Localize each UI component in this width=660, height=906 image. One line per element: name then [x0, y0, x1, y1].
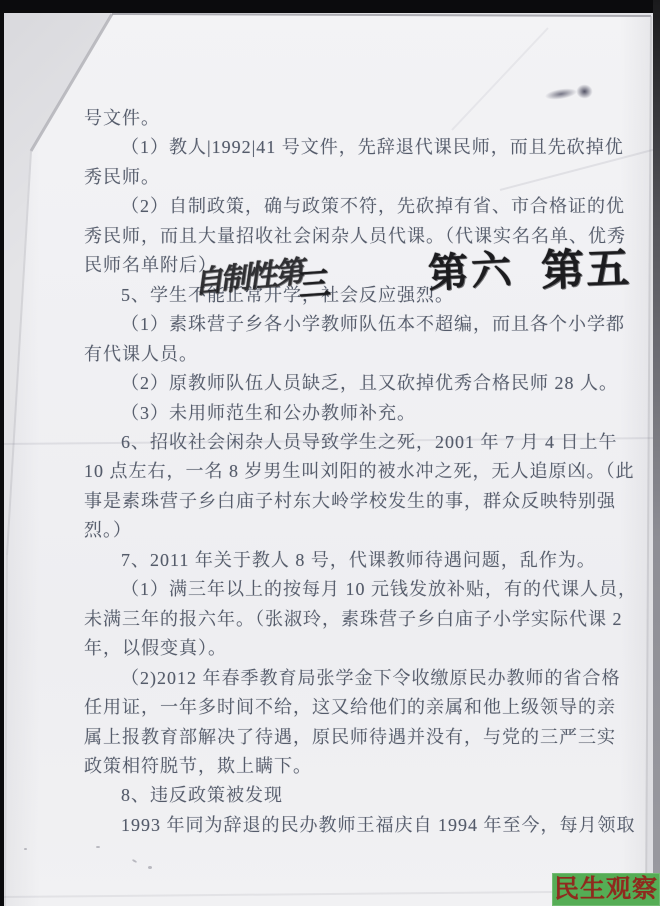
- text-line: 民师名单附后）: [84, 251, 606, 280]
- scanned-document: 号文件。（1）教人|1992|41 号文件，先辞退代课民师，而且先砍掉优秀民师。…: [0, 0, 660, 906]
- scan-border-top: [0, 0, 660, 13]
- text-line: 政策相符脱节，欺上瞒下。: [84, 752, 606, 781]
- text-line: （2）自制政策，确与政策不符，先砍掉有省、市合格证的优: [84, 192, 606, 221]
- smudge-blob: [544, 87, 577, 102]
- text-line: 烈。）: [84, 516, 606, 545]
- pencil-dot: [24, 848, 27, 850]
- text-line: 有代课人员。: [84, 340, 606, 369]
- text-line: 属上报教育部解决了待遇，原民师待遇并没有，与党的三严三实: [84, 723, 606, 752]
- handwritten-annotation-three: 三: [296, 258, 331, 306]
- text-line: （2）原教师队伍人员缺乏，且又砍掉优秀合格民师 28 人。: [84, 369, 606, 398]
- ink-smudge-stamp: [545, 83, 599, 103]
- text-line: 7、2011 年关于教人 8 号，代课教师待遇问题，乱作为。: [84, 546, 606, 575]
- scan-border-right: [653, 0, 660, 906]
- text-line: 秀民师。: [84, 163, 606, 192]
- document-text: 号文件。（1）教人|1992|41 号文件，先辞退代课民师，而且先砍掉优秀民师。…: [84, 104, 606, 840]
- pencil-dot: [148, 866, 152, 869]
- handwritten-annotation-five: 第五: [540, 234, 632, 298]
- text-line: （3）未用师范生和公办教师补充。: [84, 399, 606, 428]
- text-line: 任用证，一年多时间不给，这又给他们的亲属和他上级领导的亲: [84, 693, 606, 722]
- text-line: 8、违反政策被发现: [84, 781, 606, 810]
- text-line: 5、学生不能正常开学，社会反应强烈。: [84, 281, 606, 310]
- text-line: 秀民师，而且大量招收社会闲杂人员代课。（代课实名名单、优秀: [84, 222, 606, 251]
- text-line: （1）教人|1992|41 号文件，先辞退代课民师，而且先砍掉优: [84, 133, 606, 162]
- watermark-badge: 民生观察: [552, 873, 660, 906]
- pencil-dot: [132, 859, 137, 863]
- text-line: 1993 年同为辞退的民办教师王福庆自 1994 年至今，每月领取: [84, 811, 606, 840]
- text-line: （2)2012 年春季教育局张学金下令收缴原民办教师的省合格: [84, 664, 606, 693]
- text-line: 6、招收社会闲杂人员导致学生之死，2001 年 7 月 4 日上午: [84, 428, 606, 457]
- smudge-blob: [576, 84, 593, 99]
- text-line: 未满三年的报六年。（张淑玲，素珠营子乡白庙子小学实际代课 2: [84, 605, 606, 634]
- scan-border-left: [0, 0, 4, 906]
- pencil-dot: [96, 846, 100, 848]
- text-line: （1）满三年以上的按每月 10 元钱发放补贴，有的代课人员，: [84, 575, 606, 604]
- text-line: 10 点左右，一名 8 岁男生叫刘阳的被水冲之死，无人追原凶。（此: [84, 457, 606, 486]
- text-line: （1）素珠营子乡各小学教师队伍本不超编，而且各个小学都: [84, 310, 606, 339]
- text-line: 号文件。: [84, 104, 606, 133]
- text-line: 年，以假变真）。: [84, 634, 606, 663]
- document-page: 号文件。（1）教人|1992|41 号文件，先辞退代课民师，而且先砍掉优秀民师。…: [0, 0, 660, 906]
- handwritten-annotation-six: 第六: [427, 238, 516, 299]
- watermark-text: 民生观察: [554, 877, 658, 902]
- text-line: 事是素珠营子乡白庙子村东大岭学校发生的事，群众反映特别强: [84, 487, 606, 516]
